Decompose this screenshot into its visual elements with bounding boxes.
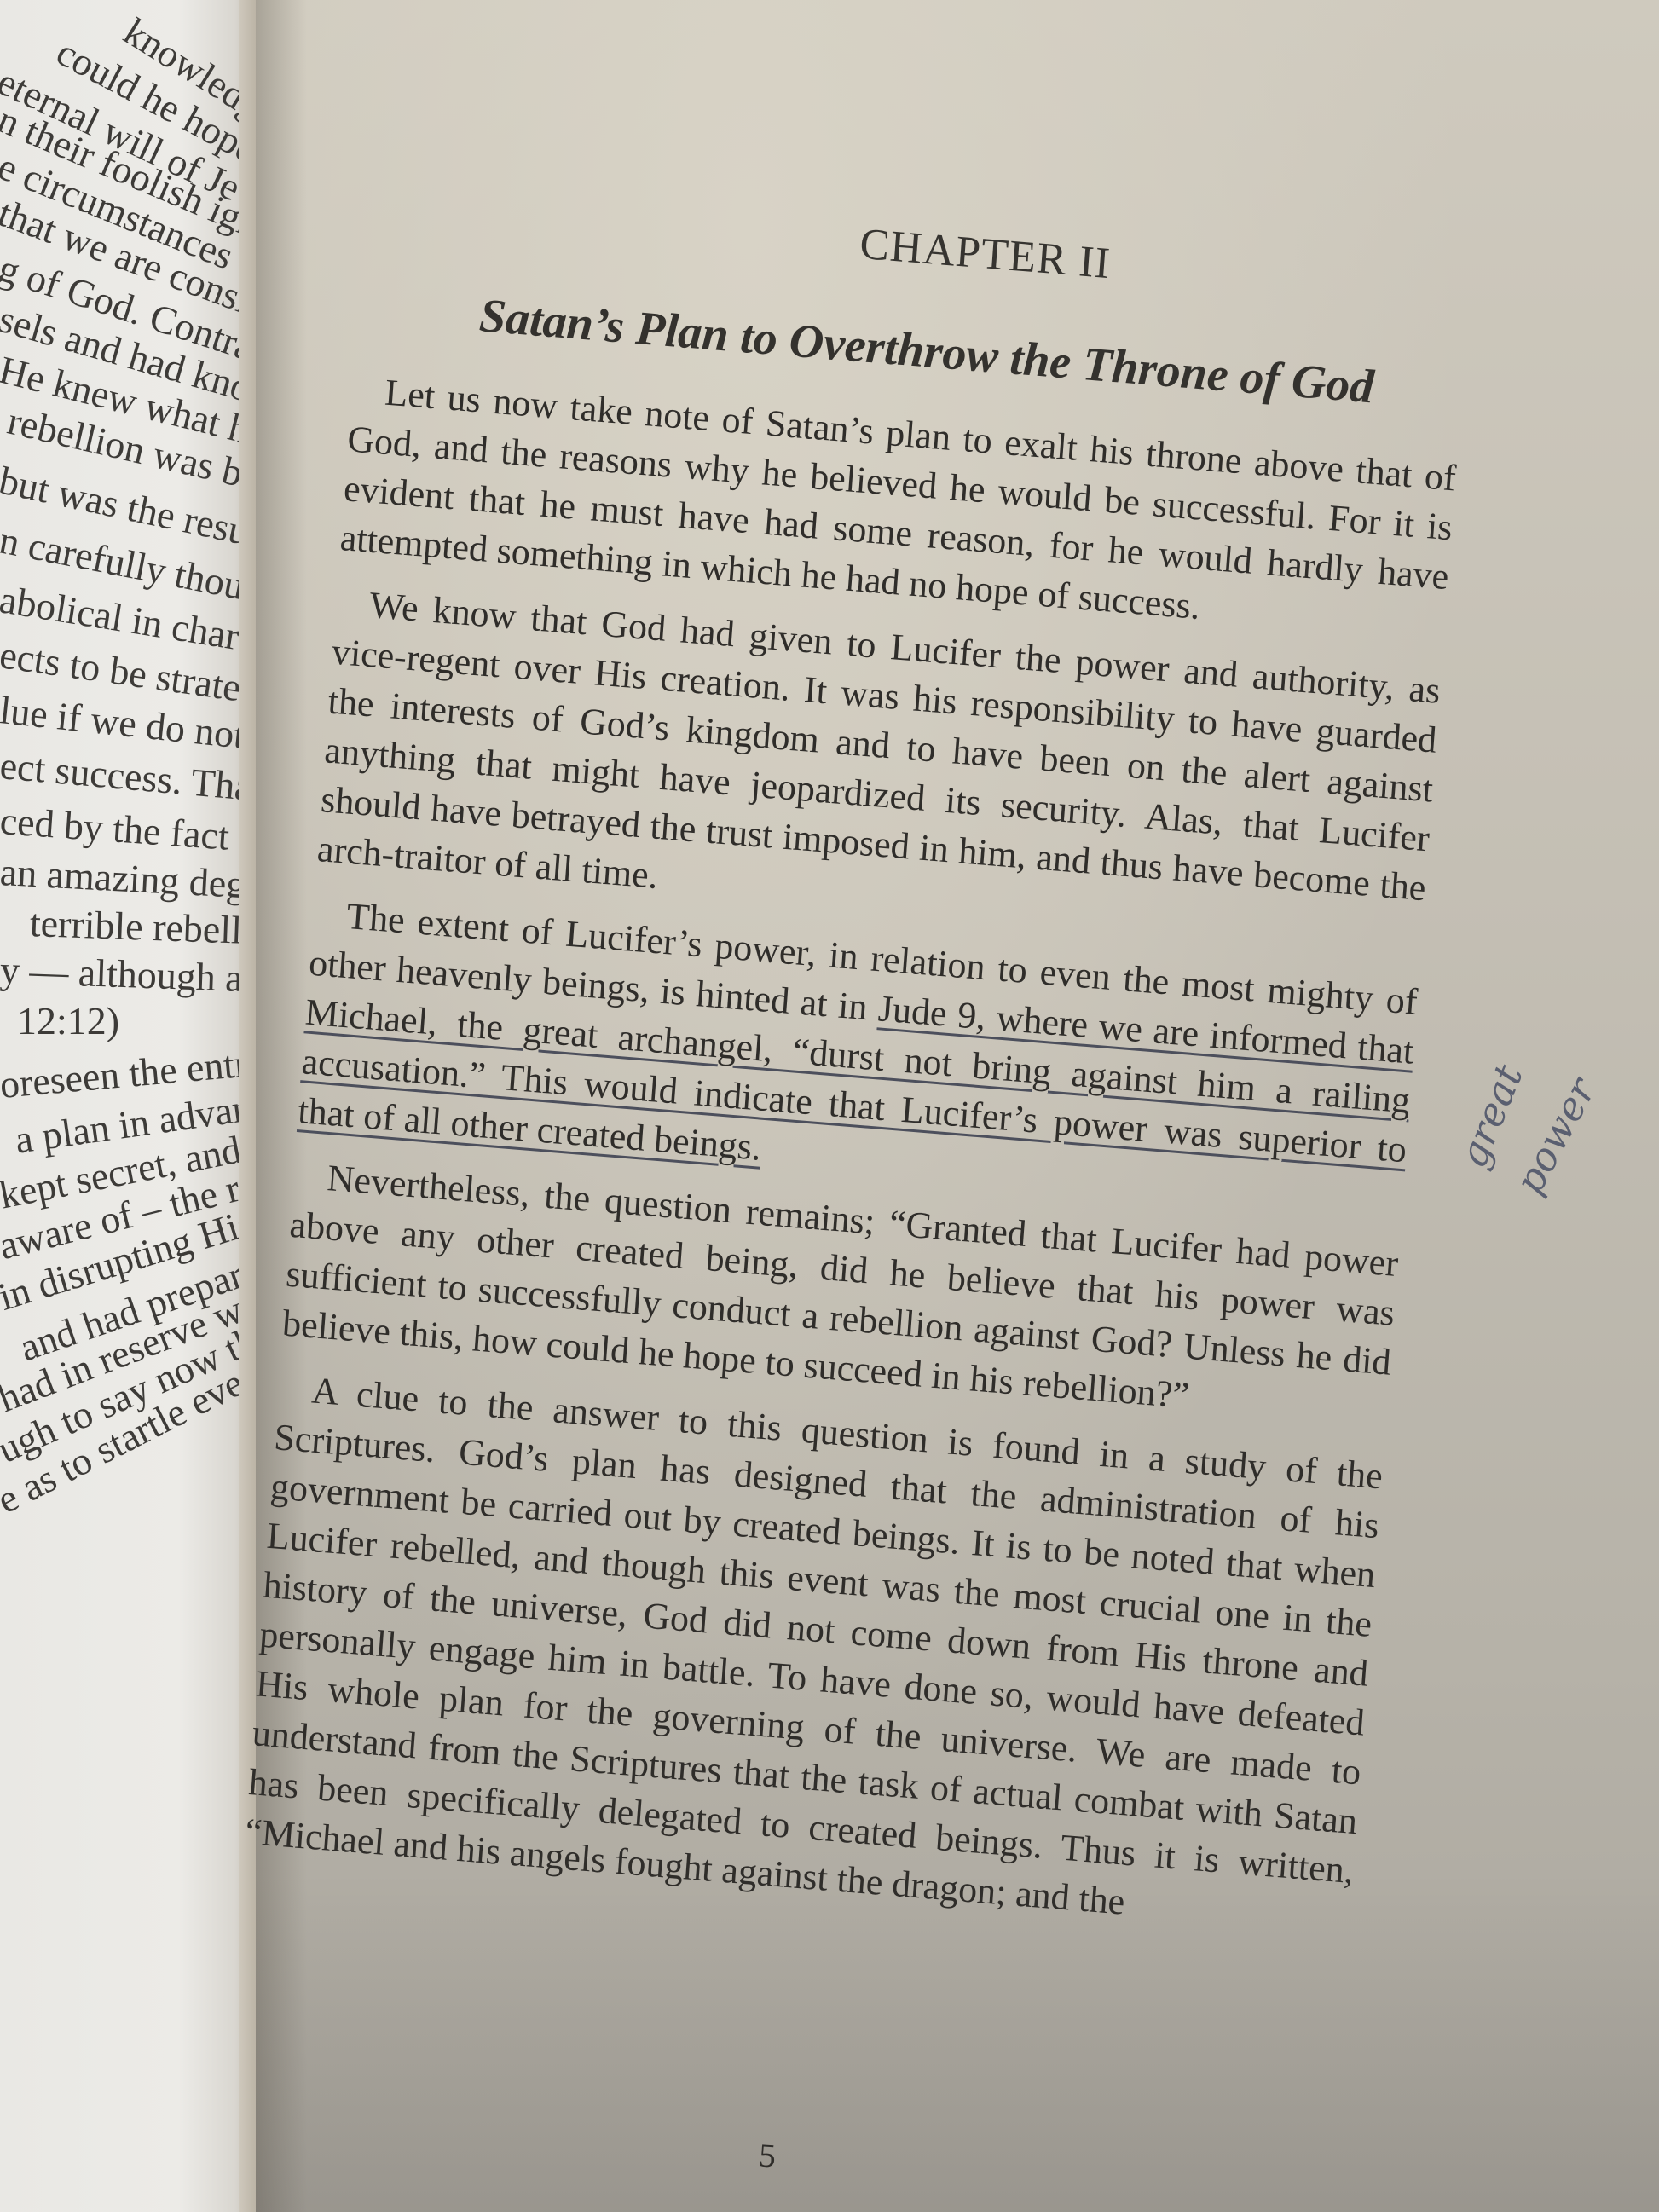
left-page-line: terrible rebellion bbox=[29, 904, 256, 952]
left-page-line: an amazing degree bbox=[0, 852, 256, 907]
left-page-line: y — although assu bbox=[0, 950, 256, 1000]
handwritten-margin-note: great power bbox=[1462, 1014, 1641, 1236]
page-number: 5 bbox=[757, 2134, 777, 2175]
facing-page-left: knowledgecould he hope teternal will of … bbox=[0, 0, 256, 2212]
paragraph-5: A clue to the answer to this question is… bbox=[244, 1363, 1384, 1945]
page-text-block: CHAPTER II Satan’s Plan to Overthrow the… bbox=[242, 179, 1471, 1961]
book-page-right: CHAPTER II Satan’s Plan to Overthrow the… bbox=[256, 0, 1659, 2212]
left-page-line: 12:12) bbox=[17, 1002, 119, 1041]
chapter-label: CHAPTER II bbox=[499, 190, 1471, 318]
